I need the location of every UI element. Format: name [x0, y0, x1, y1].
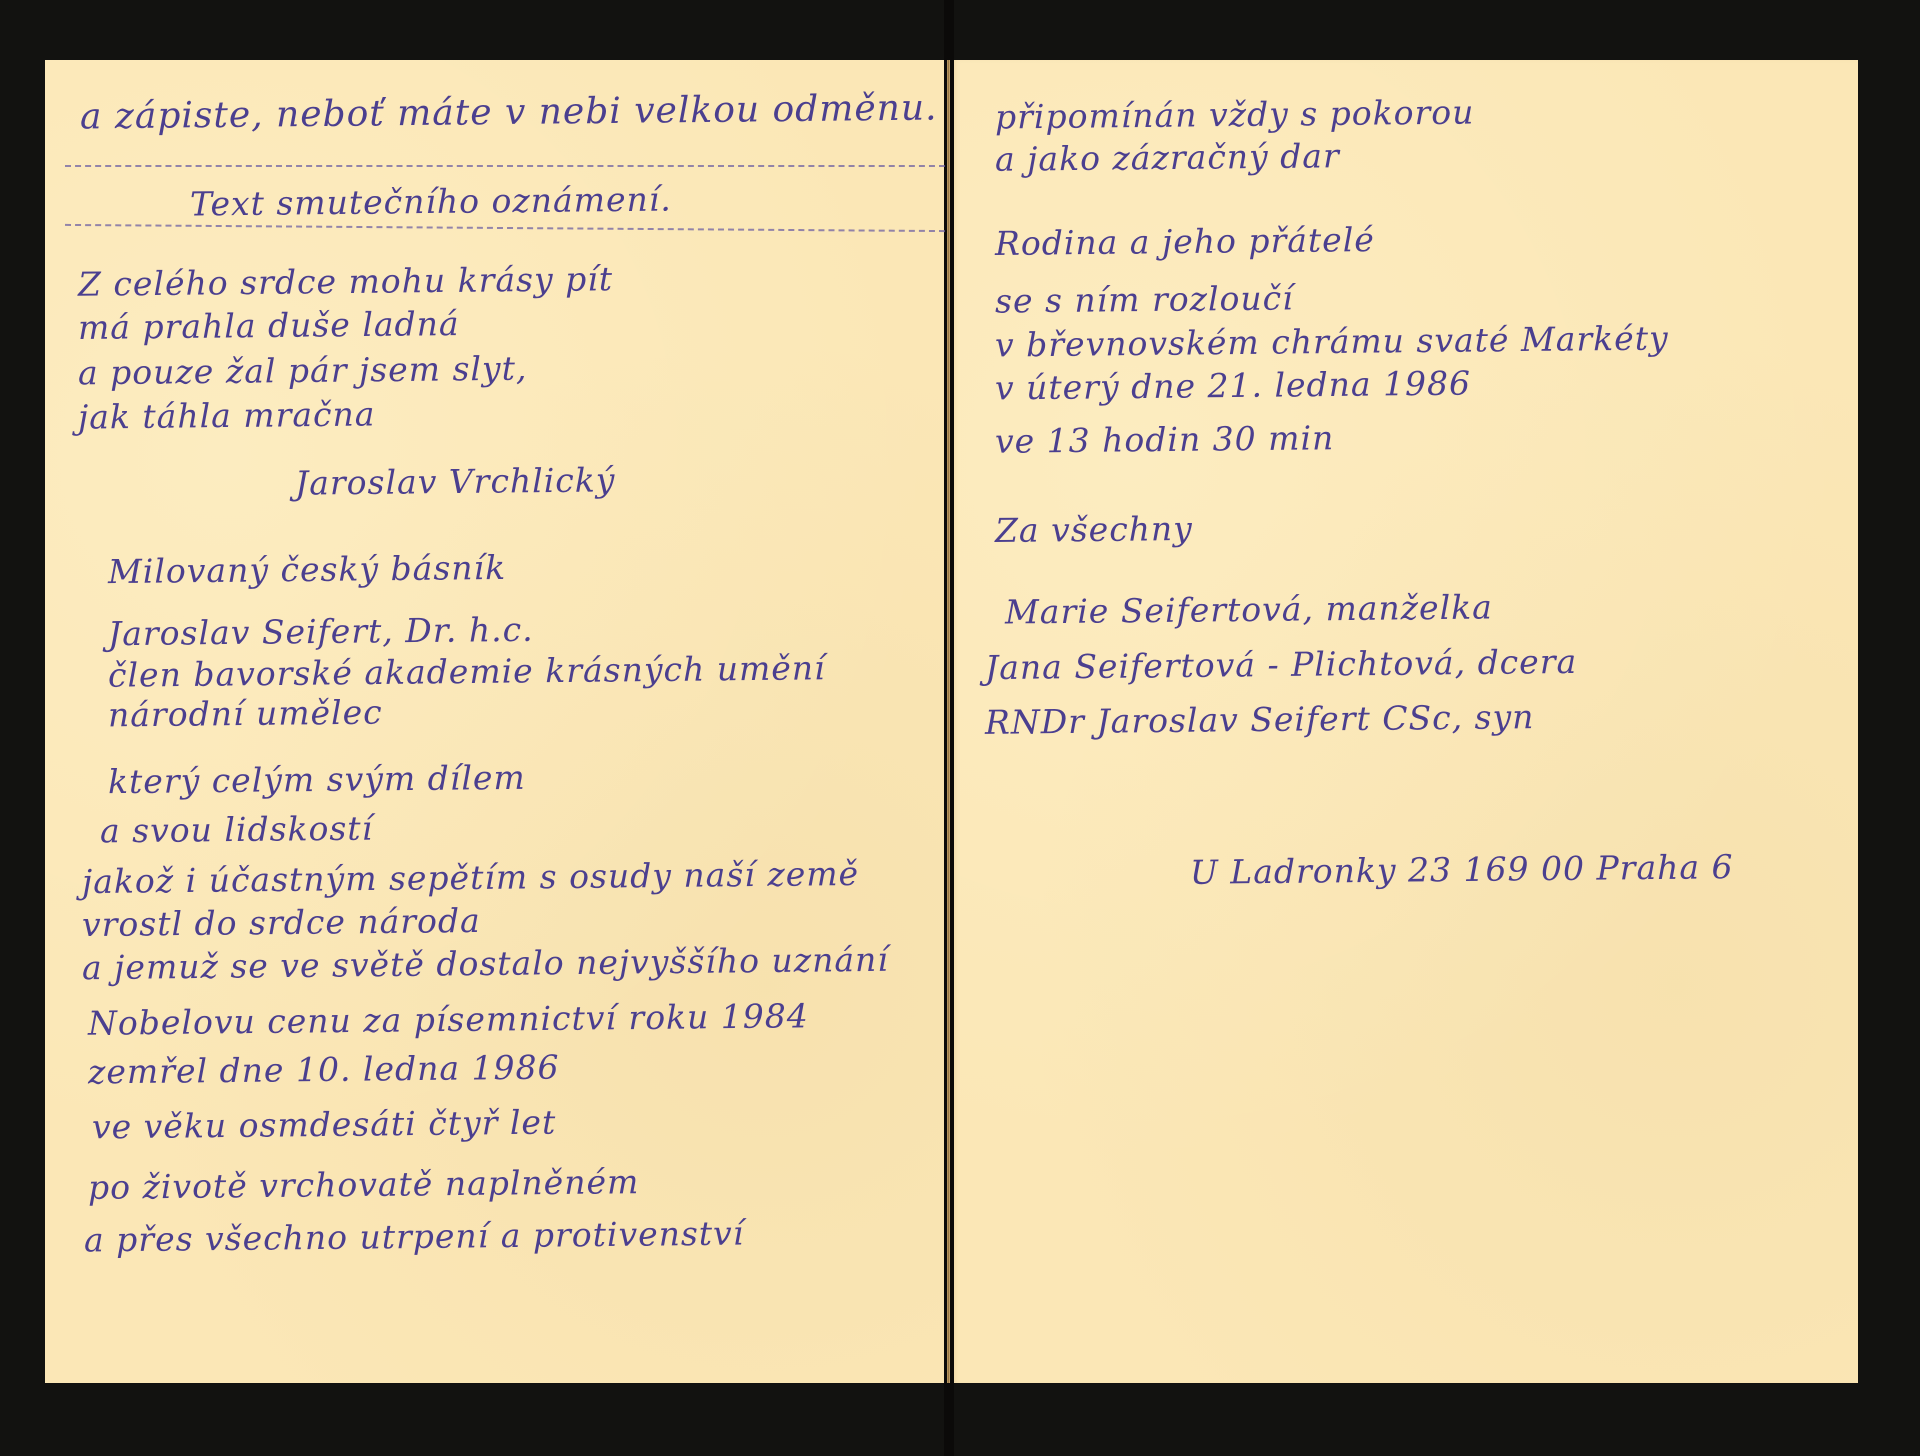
- funeral-time: ve 13 hodin 30 min: [995, 418, 1335, 461]
- body-line: národní umělec: [108, 693, 383, 735]
- poem-line: Z celého srdce mohu krásy pít: [78, 259, 613, 304]
- dashed-separator-top: [65, 165, 945, 169]
- address: U Ladronky 23 169 00 Praha 6: [1190, 847, 1734, 892]
- for-all-label: Za všechny: [995, 509, 1193, 550]
- body-line: po životě vrchovatě naplněném: [88, 1162, 640, 1207]
- poem-line: má prahla duše ladná: [78, 304, 460, 347]
- section-heading: Text smutečního oznámení.: [190, 179, 672, 223]
- body-line: ve věku osmdesáti čtyř let: [92, 1103, 557, 1147]
- poem-line: jak táhla mračna: [78, 394, 376, 436]
- body-line: Nobelovu cenu za písemnictví roku 1984: [88, 996, 809, 1043]
- continuation-line: a jako zázračný dar: [995, 136, 1340, 179]
- signatory: RNDr Jaroslav Seifert CSc, syn: [985, 697, 1535, 742]
- page-gutter: [947, 60, 950, 1383]
- body-line: Milovaný český básník: [108, 548, 506, 591]
- signatory: Jana Seifertová - Plichtová, dcera: [985, 642, 1578, 687]
- signatory: Marie Seifertová, manželka: [1005, 587, 1493, 631]
- farewell-line: Rodina a jeho přátelé: [995, 220, 1375, 263]
- body-line: a přes všechno utrpení a protivenství: [84, 1214, 745, 1260]
- body-line: a svou lidskostí: [100, 809, 374, 851]
- poem-author: Jaroslav Vrchlický: [295, 460, 616, 502]
- poem-line: a pouze žal pár jsem slyt,: [78, 349, 528, 393]
- body-line: jakož i účastným sepětím s osudy naší ze…: [82, 854, 859, 901]
- continuation-line: připomínán vždy s pokorou: [995, 92, 1475, 136]
- funeral-location: v břevnovském chrámu svaté Markéty: [995, 318, 1669, 364]
- body-line: vrostl do srdce národa: [82, 901, 481, 944]
- deceased-name: Jaroslav Seifert, Dr. h.c.: [108, 610, 534, 653]
- body-line: který celým svým dílem: [108, 758, 526, 801]
- body-line: člen bavorské akademie krásných umění: [108, 648, 826, 695]
- funeral-date: v úterý dne 21. ledna 1986: [995, 364, 1471, 408]
- farewell-line: se s ním rozloučí: [995, 278, 1294, 320]
- death-date: zemřel dne 10. ledna 1986: [88, 1048, 560, 1092]
